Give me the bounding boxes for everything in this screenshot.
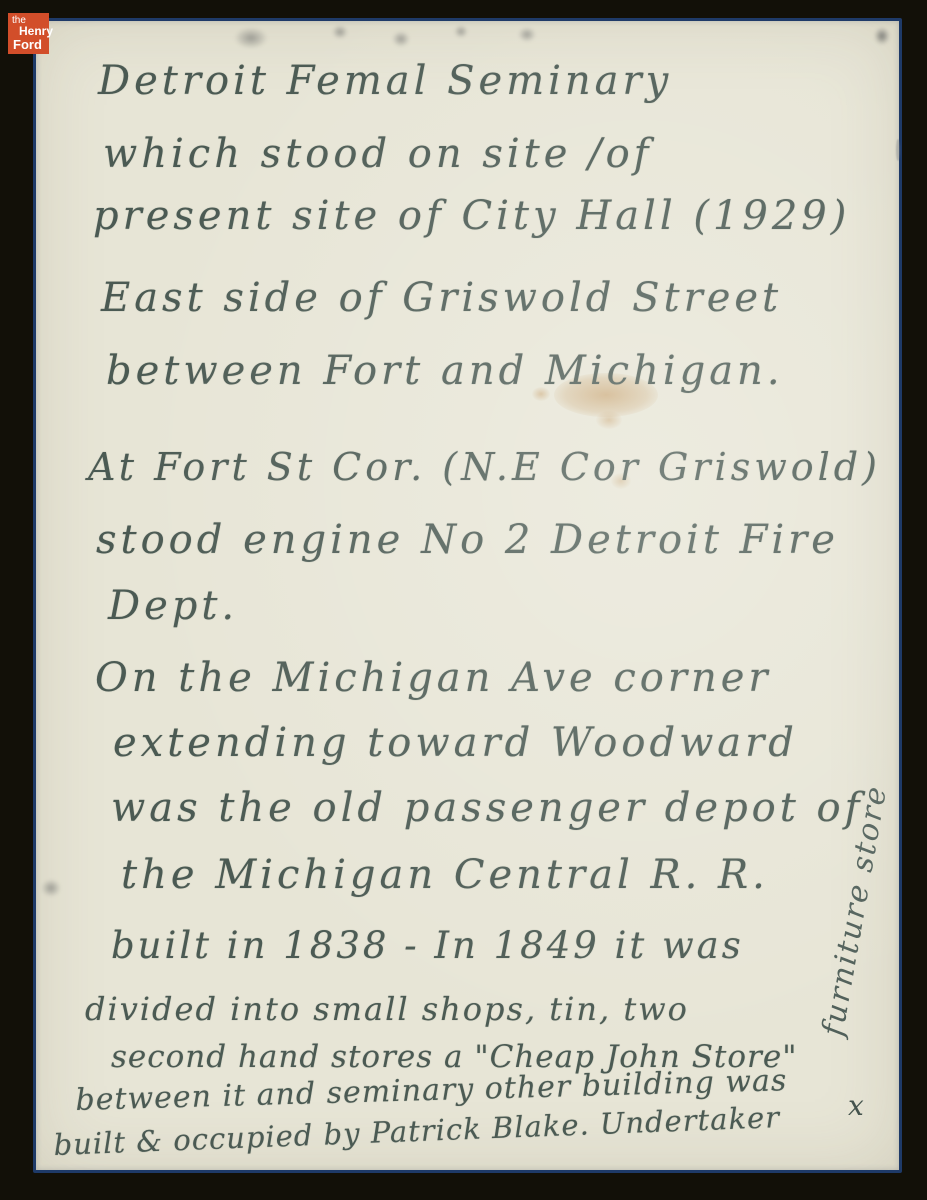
henry-ford-logo: the Henry Ford — [8, 13, 49, 54]
handwriting-line: East side of Griswold Street — [101, 275, 782, 321]
pencil-mark — [896, 139, 900, 161]
handwriting-line: Detroit Femal Seminary — [98, 58, 672, 104]
handwriting-line: Dept. — [108, 583, 238, 629]
logo-word-ford: Ford — [13, 37, 42, 52]
handwriting-line: At Fort St Cor. (N.E Cor Griswold) — [88, 445, 881, 489]
insertion-x-mark: x — [848, 1089, 864, 1122]
handwriting-line: the Michigan Central R. R. — [121, 852, 769, 898]
pencil-smudge — [332, 25, 348, 39]
handwriting-line: was the old passenger depot of — [111, 785, 863, 831]
handwriting-line: divided into small shops, tin, two — [85, 990, 689, 1028]
handwriting-line: On the Michigan Ave corner — [95, 655, 772, 701]
pencil-smudge — [518, 27, 536, 42]
pencil-smudge — [234, 27, 268, 49]
note-card: Detroit Femal Seminary which stood on si… — [33, 18, 902, 1173]
handwriting-line: stood engine No 2 Detroit Fire — [96, 517, 839, 563]
pencil-smudge — [41, 879, 61, 897]
pencil-smudge — [392, 31, 410, 47]
paper-stain — [596, 411, 622, 429]
handwriting-line: which stood on site /of — [103, 131, 652, 177]
logo-word-henry: Henry — [19, 24, 53, 38]
pencil-mark — [874, 27, 890, 45]
handwriting-line: between Fort and Michigan. — [106, 348, 784, 394]
photo-of-note-card: the Henry Ford Detroit Femal Seminary wh… — [0, 0, 927, 1200]
handwriting-line: built in 1838 - In 1849 it was — [111, 924, 744, 967]
handwriting-line: extending toward Woodward — [113, 720, 798, 766]
pencil-smudge — [454, 25, 468, 38]
handwriting-line: present site of City Hall (1929) — [93, 193, 850, 239]
